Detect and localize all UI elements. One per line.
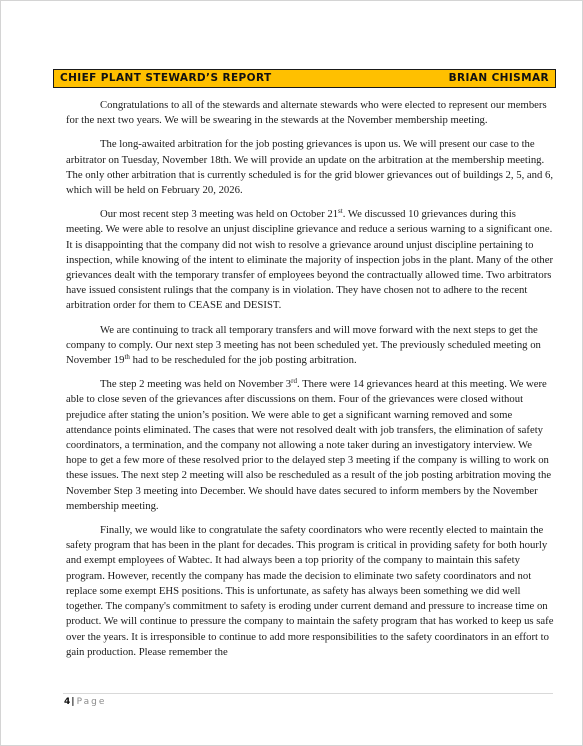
paragraph-safety-coordinators: Finally, we would like to congratulate t… bbox=[66, 523, 554, 660]
report-header-bar: CHIEF PLANT STEWARD’S REPORT BRIAN CHISM… bbox=[53, 69, 556, 88]
report-title: CHIEF PLANT STEWARD’S REPORT bbox=[60, 73, 272, 84]
report-body: Congratulations to all of the stewards a… bbox=[66, 98, 554, 669]
footer-divider bbox=[63, 693, 553, 694]
paragraph-text: had to be rescheduled for the job postin… bbox=[130, 354, 357, 366]
paragraph-text: . We discussed 10 grievances during this… bbox=[66, 208, 553, 311]
page-label: Page bbox=[77, 697, 107, 707]
report-author: BRIAN CHISMAR bbox=[449, 73, 549, 84]
paragraph-stewards-elected: Congratulations to all of the stewards a… bbox=[66, 98, 554, 128]
paragraph-text: . There were 14 grievances heard at this… bbox=[66, 378, 551, 512]
page-number: 4 bbox=[64, 697, 70, 707]
paragraph-text: Our most recent step 3 meeting was held … bbox=[100, 208, 338, 220]
paragraph-step2-meeting: The step 2 meeting was held on November … bbox=[66, 377, 554, 514]
footer-separator: | bbox=[71, 697, 74, 707]
page-footer: 4|Page bbox=[64, 696, 106, 708]
paragraph-temporary-transfers: We are continuing to track all temporary… bbox=[66, 323, 554, 369]
paragraph-step3-meeting: Our most recent step 3 meeting was held … bbox=[66, 207, 554, 313]
paragraph-job-posting-arbitration: The long-awaited arbitration for the job… bbox=[66, 137, 554, 198]
paragraph-text: The step 2 meeting was held on November … bbox=[100, 378, 291, 390]
document-page: CHIEF PLANT STEWARD’S REPORT BRIAN CHISM… bbox=[0, 0, 583, 746]
